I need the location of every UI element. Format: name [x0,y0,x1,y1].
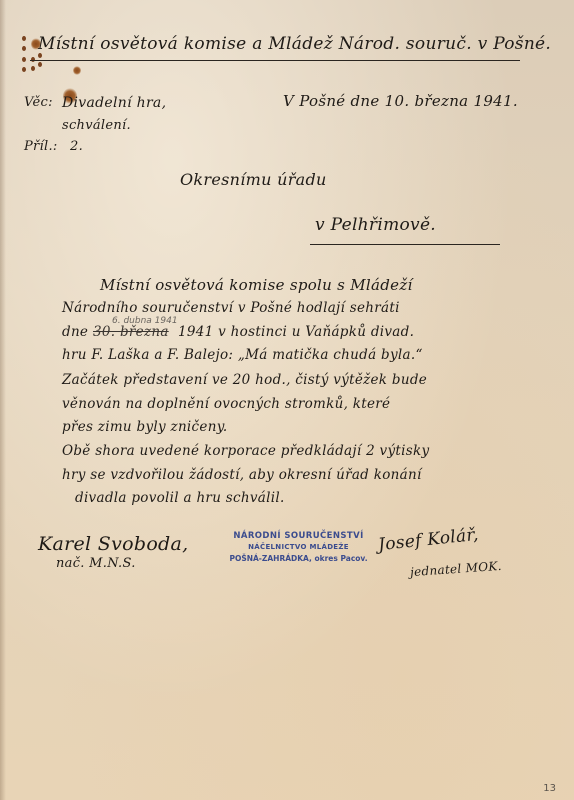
signature-right-name: Josef Kolář, [377,525,479,555]
signature-right-title: jednatel MOK. [410,559,503,579]
document-page: Místní osvětová komise a Mládež Národ. s… [0,0,574,800]
punch-hole [38,62,42,67]
punch-hole [31,66,35,71]
signature-left-name: Karel Svoboda, [38,533,189,555]
stamp-line-1: NÁRODNÍ SOURUČENSTVÍ [226,531,371,542]
body-line-3-prefix: dne [62,324,88,340]
body-line-10: divadla povolil a hru schválil. [75,490,285,506]
official-stamp: NÁRODNÍ SOURUČENSTVÍ NÁČELNICTVO MLÁDEŽE… [226,531,371,564]
body-line-6: věnován na doplnění ovocných stromků, kt… [62,396,390,412]
struck-date: 30. března [93,324,169,340]
enclosure-label: Příl.: [24,139,58,154]
body-line-4: hru F. Laška a F. Balejo: „Má matička ch… [62,347,423,363]
letterhead-underline [30,60,520,61]
punch-hole [22,67,26,72]
body-line-8: Obě shora uvedené korporace předkládají … [62,443,429,459]
letterhead: Místní osvětová komise a Mládež Národ. s… [38,34,551,54]
place-date: V Pošné dne 10. března 1941. [283,92,518,110]
stamp-line-2: NÁČELNICTVO MLÁDEŽE [226,542,371,553]
punch-hole [22,46,26,51]
stamp-line-3: POŠNÁ-ZAHRÁDKA, okres Pacov. [226,553,371,564]
punch-hole [22,36,26,41]
subject-line-1: Divadelní hra, [62,95,166,111]
page-number: 13 [543,783,556,794]
signature-left-title: nač. M.N.S. [56,556,136,571]
addressee-line-1: Okresnímu úřadu [180,170,327,189]
body-line-3-rest: 1941 v hostinci u Vaňápků divad. [178,324,414,340]
body-line-1: Místní osvětová komise spolu s Mládeží [100,276,413,294]
body-line-9: hry se vzdvořilou žádostí, aby okresní ú… [62,467,422,483]
rust-stain [73,66,81,75]
punch-hole [22,57,26,62]
enclosure-value: 2. [70,139,83,154]
subject-line-2: schválení. [62,118,131,133]
addressee-line-2: v Pelhřimově. [315,215,436,235]
body-line-2: Národního souručenství v Pošné hodlají s… [62,300,400,316]
subject-label: Věc: [24,95,53,110]
inserted-date: 6. dubna 1941 [112,316,178,326]
body-line-7: přes zimu byly zničeny. [62,419,227,435]
body-line-5: Začátek představení ve 20 hod., čistý vý… [62,372,427,388]
addressee-underline [310,244,500,245]
